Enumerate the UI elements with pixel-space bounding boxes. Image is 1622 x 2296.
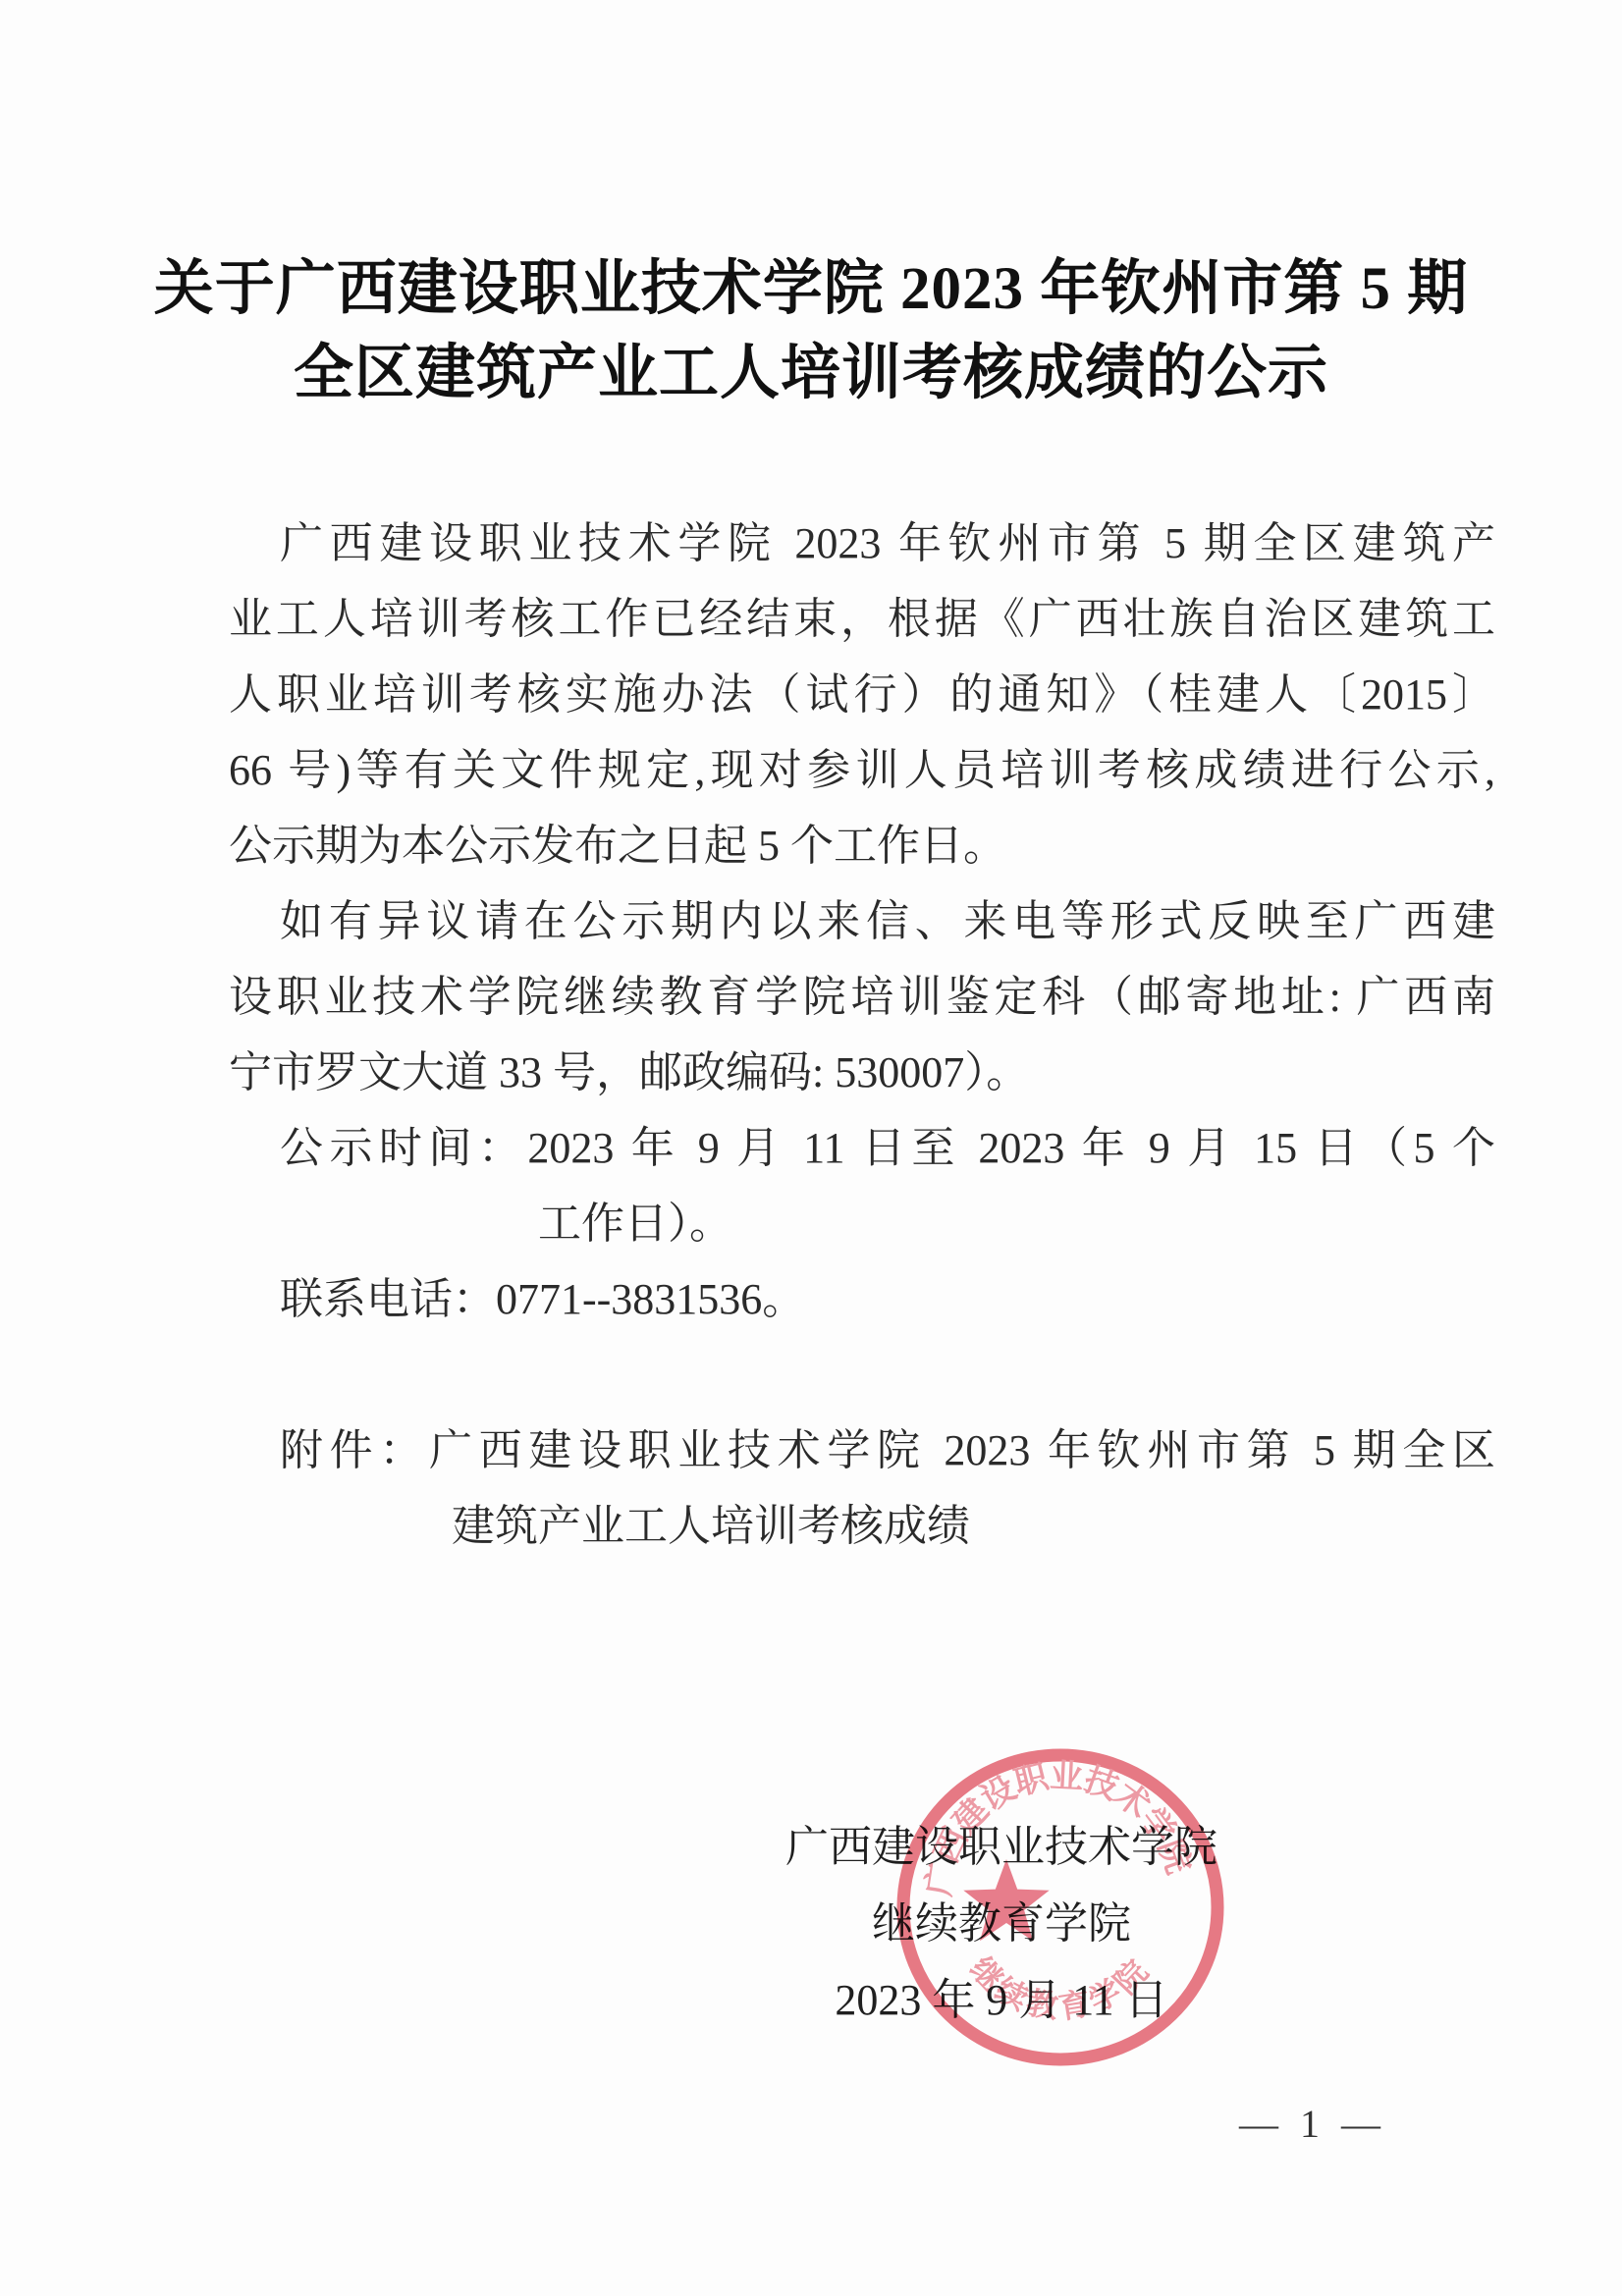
body-line: 如有异议请在公示期内以来信、来电等形式反映至广西建 (229, 883, 1495, 959)
body-line: 宁市罗文大道 33 号，邮政编码: 530007）。 (229, 1035, 1495, 1110)
body-blank-line (229, 1337, 1495, 1413)
body-line: 联系电话：0771--3831536。 (229, 1261, 1495, 1337)
title-line-1: 关于广西建设职业技术学院 2023 年钦州市第 5 期 (0, 247, 1622, 332)
signature-block: 广西建设职业技术学院 继续教育学院 2023 年 9 月 11 日 (746, 1809, 1257, 2039)
signature-org-line-1: 广西建设职业技术学院 (746, 1809, 1257, 1886)
document-title: 关于广西建设职业技术学院 2023 年钦州市第 5 期 全区建筑产业工人培训考核… (0, 247, 1622, 416)
body-line: 业工人培训考核工作已经结束，根据《广西壮族自治区建筑工 (229, 581, 1495, 657)
signature-date: 2023 年 9 月 11 日 (746, 1962, 1257, 2039)
document-page: 关于广西建设职业技术学院 2023 年钦州市第 5 期 全区建筑产业工人培训考核… (0, 0, 1622, 2296)
title-line-2: 全区建筑产业工人培训考核成绩的公示 (0, 332, 1622, 416)
body-line: 人职业培训考核实施办法（试行）的通知》（桂建人〔2015〕 (229, 657, 1495, 732)
attachment-line: 附件：广西建设职业技术学院 2023 年钦州市第 5 期全区 (229, 1413, 1495, 1488)
attachment-line: 建筑产业工人培训考核成绩 (229, 1488, 1495, 1564)
page-number: — 1 — (1239, 2101, 1494, 2147)
body-line: 广西建设职业技术学院 2023 年钦州市第 5 期全区建筑产 (229, 506, 1495, 581)
body-line: 公示期为本公示发布之日起 5 个工作日。 (229, 808, 1495, 883)
signature-org-line-2: 继续教育学院 (746, 1886, 1257, 1962)
body-line: 设职业技术学院继续教育学院培训鉴定科（邮寄地址: 广西南 (229, 959, 1495, 1035)
body-line: 66 号)等有关文件规定,现对参训人员培训考核成绩进行公示, (229, 732, 1495, 808)
body-line: 公示时间：2023 年 9 月 11 日至 2023 年 9 月 15 日（5 … (229, 1110, 1495, 1186)
document-body: 广西建设职业技术学院 2023 年钦州市第 5 期全区建筑产 业工人培训考核工作… (229, 506, 1495, 1564)
body-line: 工作日）。 (229, 1186, 1495, 1261)
